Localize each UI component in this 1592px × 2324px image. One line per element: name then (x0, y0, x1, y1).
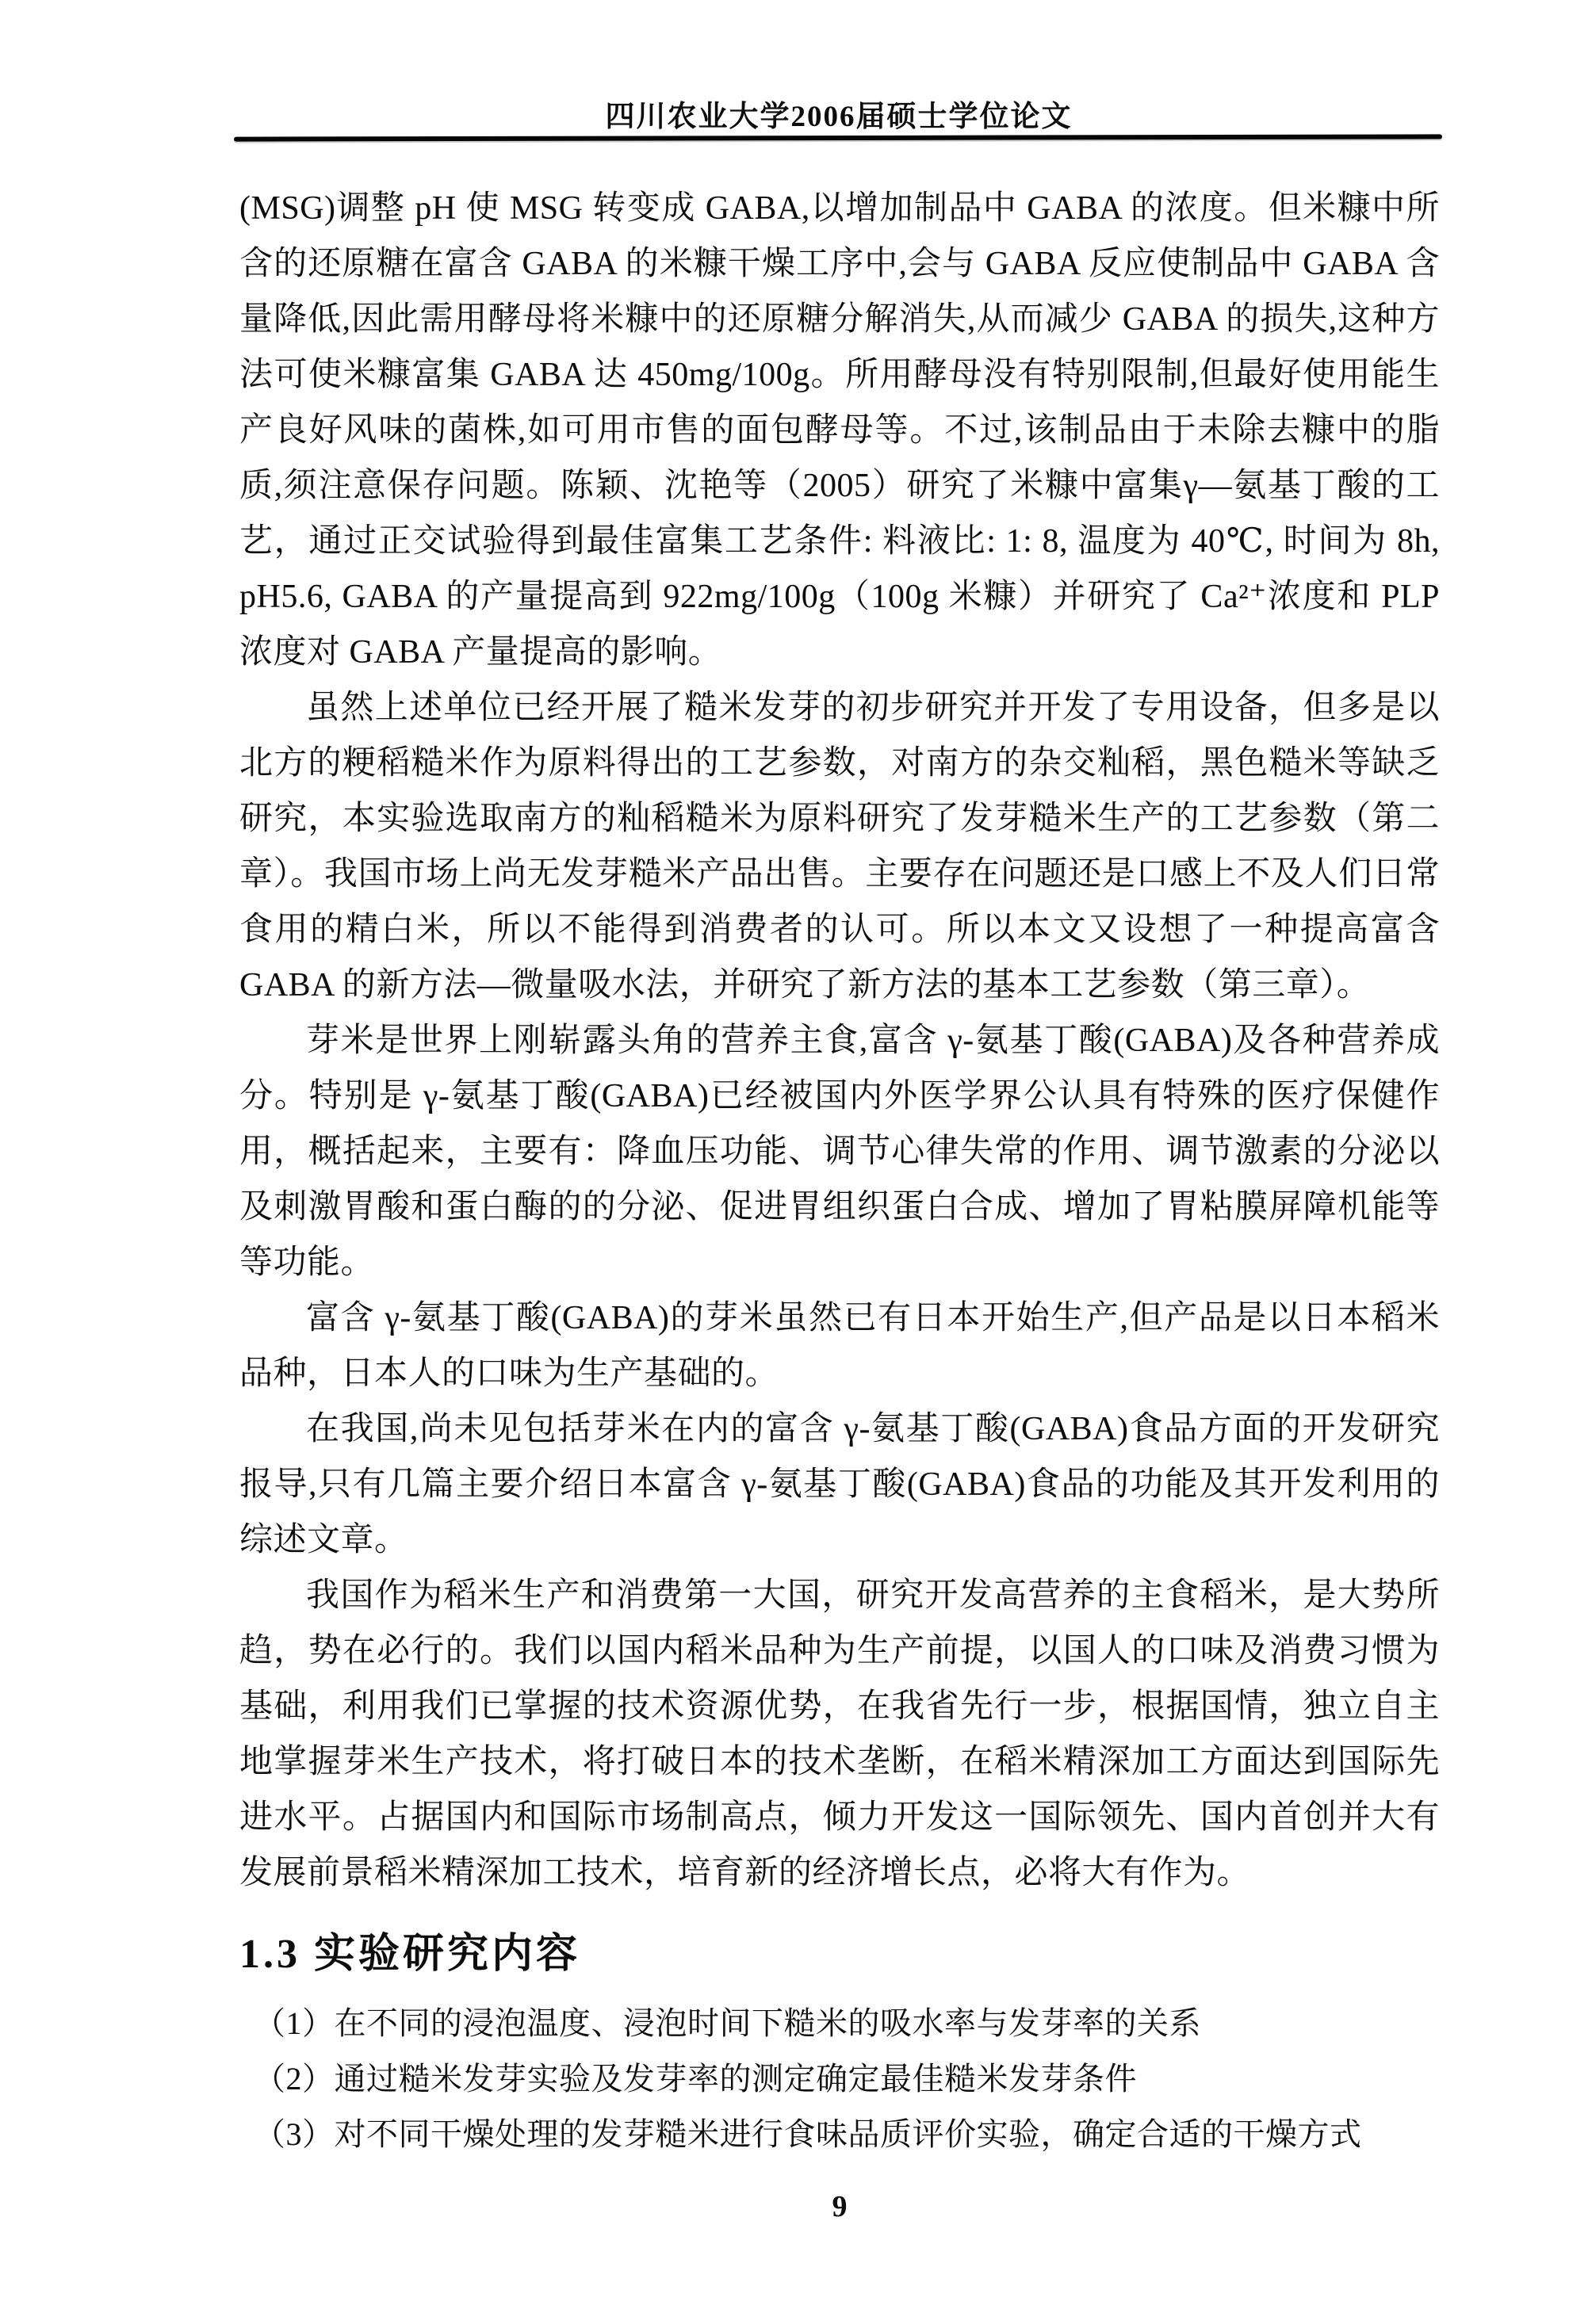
header-rule (234, 134, 1442, 141)
paragraph-sprouted-rice-benefits: 芽米是世界上刚崭露头角的营养主食,富含 γ-氨基丁酸(GABA)及各种营养成分。… (239, 1013, 1440, 1290)
body-text: (MSG)调整 pH 使 MSG 转变成 GABA,以增加制品中 GABA 的浓… (239, 181, 1440, 2162)
paragraph-domestic-status: 在我国,尚未见包括芽米在内的富含 γ-氨基丁酸(GABA)食品方面的开发研究报导… (239, 1401, 1440, 1568)
list-item-germination-conditions: （2）通过糙米发芽实验及发芽率的测定确定最佳糙米发芽条件 (239, 2051, 1440, 2107)
page-number: 9 (239, 2189, 1440, 2224)
paragraph-development-outlook: 我国作为稻米生产和消费第一大国，研究开发高营养的主食稻米，是大势所趋，势在必行的… (239, 1568, 1440, 1901)
running-header: 四川农业大学2006届硕士学位论文 (238, 92, 1440, 135)
study-content-list: （1）在不同的浸泡温度、浸泡时间下糙米的吸水率与发芽率的关系 （2）通过糙米发芽… (239, 1996, 1440, 2162)
paragraph-japan-production: 富含 γ-氨基丁酸(GABA)的芽米虽然已有日本开始生产,但产品是以日本稻米品种… (239, 1290, 1440, 1401)
thesis-page: 四川农业大学2006届硕士学位论文 (MSG)调整 pH 使 MSG 转变成 G… (0, 0, 1592, 2324)
list-item-soaking-relation: （1）在不同的浸泡温度、浸泡时间下糙米的吸水率与发芽率的关系 (239, 1996, 1440, 2051)
list-item-drying-evaluation: （3）对不同干燥处理的发芽糙米进行食味品质评价实验，确定合适的干燥方式 (239, 2107, 1440, 2162)
paragraph-msg-gaba: (MSG)调整 pH 使 MSG 转变成 GABA,以增加制品中 GABA 的浓… (239, 181, 1440, 680)
paragraph-research-background: 虽然上述单位已经开展了糙米发芽的初步研究并开发了专用设备，但多是以北方的粳稻糙米… (239, 680, 1440, 1013)
section-heading-1-3: 1.3 实验研究内容 (239, 1925, 1440, 1985)
